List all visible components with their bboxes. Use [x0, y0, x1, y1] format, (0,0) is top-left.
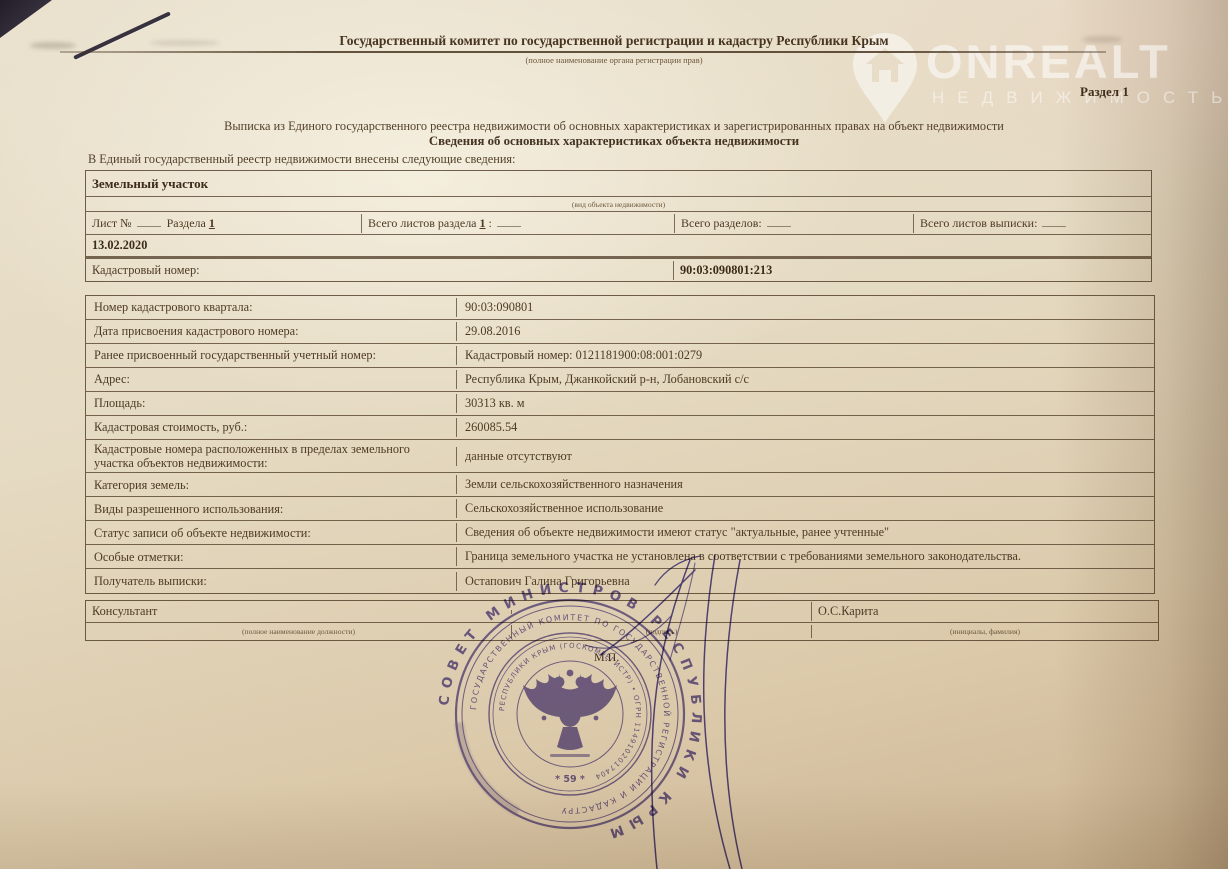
cadastral-number-value: 90:03:090801:213	[673, 261, 1151, 280]
row-value: Кадастровый номер: 0121181900:08:001:027…	[456, 346, 1154, 365]
row-label: Адрес:	[86, 370, 456, 388]
row-value: 29.08.2016	[456, 322, 1154, 341]
total-sections-label: Всего разделов:	[681, 216, 762, 230]
row-value: 90:03:090801	[456, 298, 1154, 317]
table-row: Площадь: 30313 кв. м	[86, 392, 1154, 416]
document-photo: ONREALT НЕДВИЖИМОСТЬ Государственный ком…	[0, 0, 1228, 869]
total-sheets-value: 1	[480, 216, 486, 230]
row-label: Статус записи об объекте недвижимости:	[86, 524, 456, 542]
table-row: Виды разрешенного использования: Сельско…	[86, 497, 1154, 521]
row-label: Особые отметки:	[86, 548, 456, 566]
row-value: 260085.54	[456, 418, 1154, 437]
pen-signature	[530, 530, 830, 869]
object-type-caption: (вид объекта недвижимости)	[86, 198, 1151, 211]
total-sheets-suffix: :	[489, 216, 492, 230]
total-extract-sheets-label: Всего листов выписки:	[920, 216, 1037, 230]
org-name: Государственный комитет по государственн…	[0, 33, 1228, 49]
sheet-cell: Лист № Раздела 1	[86, 214, 361, 233]
row-value: данные отсутствуют	[456, 447, 1154, 466]
row-label: Дата присвоения кадастрового номера:	[86, 322, 456, 340]
row-label: Получатель выписки:	[86, 572, 456, 590]
row-label: Площадь:	[86, 394, 456, 412]
total-sheets-label: Всего листов раздела	[368, 216, 477, 230]
sheet-section-label: Раздела	[167, 216, 206, 230]
row-value: Республика Крым, Джанкойский р-н, Лобано…	[456, 370, 1154, 389]
table-row: Ранее присвоенный государственный учетны…	[86, 344, 1154, 368]
table-row: Дата присвоения кадастрового номера: 29.…	[86, 320, 1154, 344]
row-value: Земли сельскохозяйственного назначения	[456, 475, 1154, 494]
name-caption: (инициалы, фамилия)	[811, 625, 1158, 638]
table-row: Категория земель: Земли сельскохозяйстве…	[86, 473, 1154, 497]
total-extract-sheets-cell: Всего листов выписки:	[913, 214, 1151, 233]
section-label: Раздел 1	[1080, 84, 1129, 100]
table-row: Кадастровые номера расположенных в преде…	[86, 440, 1154, 473]
row-label: Номер кадастрового квартала:	[86, 298, 456, 316]
extract-title: Выписка из Единого государственного реес…	[0, 119, 1228, 134]
row-label: Виды разрешенного использования:	[86, 500, 456, 518]
extract-date: 13.02.2020	[86, 236, 153, 255]
row-label: Категория земель:	[86, 476, 456, 494]
table-row: Адрес: Республика Крым, Джанкойский р-н,…	[86, 368, 1154, 392]
sheet-section-value: 1	[209, 216, 215, 230]
row-label: Кадастровые номера расположенных в преде…	[86, 440, 456, 472]
row-label: Кадастровая стоимость, руб.:	[86, 418, 456, 436]
object-info-table: Земельный участок (вид объекта недвижимо…	[85, 170, 1152, 282]
total-sheets-cell: Всего листов раздела 1 :	[361, 214, 674, 233]
row-label: Ранее присвоенный государственный учетны…	[86, 346, 456, 364]
header-rule	[60, 51, 1106, 53]
extract-subtitle: Сведения об основных характеристиках объ…	[0, 134, 1228, 149]
row-value: 30313 кв. м	[456, 394, 1154, 413]
table-row: Номер кадастрового квартала: 90:03:09080…	[86, 296, 1154, 320]
object-type: Земельный участок	[86, 174, 214, 194]
row-value: Сельскохозяйственное использование	[456, 499, 1154, 518]
intro-line: В Единый государственный реестр недвижим…	[88, 152, 515, 167]
total-sections-cell: Всего разделов:	[674, 214, 913, 233]
name-value: О.С.Карита	[811, 602, 1158, 621]
sheet-label: Лист №	[92, 216, 132, 230]
table-row: Кадастровая стоимость, руб.: 260085.54	[86, 416, 1154, 440]
org-caption: (полное наименование органа регистрации …	[0, 55, 1228, 65]
cadastral-number-label: Кадастровый номер:	[86, 261, 673, 280]
